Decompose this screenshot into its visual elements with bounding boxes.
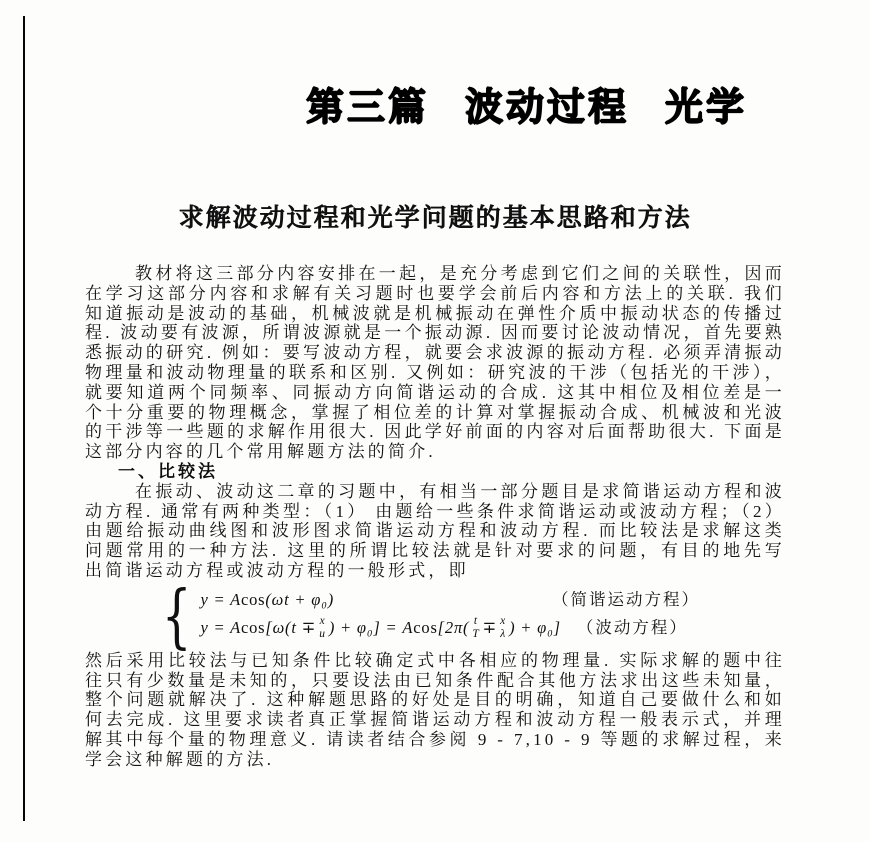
eq2-close: ) + φ₀]: [509, 618, 561, 638]
fraction-x-over-u: xu: [319, 615, 326, 641]
equation-brace: {: [162, 581, 192, 650]
harmonic-equation-label: （简谐运动方程）: [552, 590, 700, 610]
eq2-cos-2: cos: [413, 618, 437, 638]
part-title-topic-waves: 波动过程: [465, 76, 629, 131]
part-title: 第三篇 波动过程 光学: [306, 76, 747, 131]
section-title: 求解波动过程和光学问题的基本思路和方法: [85, 198, 785, 234]
part-title-topic-optics: 光学: [665, 76, 747, 131]
intro-paragraph: 教材将这三部分内容安排在一起，是充分考虑到它们之间的关联性，因而在学习这部分内容…: [85, 264, 785, 462]
equation-rows: y = Acos(ωt + φ₀) （简谐运动方程） y = Acos[ω(t …: [200, 590, 785, 641]
part-title-number: 第三篇: [306, 76, 429, 131]
fraction-t-over-T: tT: [472, 615, 479, 641]
eq2-mid: ) + φ₀] = A: [329, 618, 413, 638]
scanned-textbook-page: 第三篇 波动过程 光学 求解波动过程和光学问题的基本思路和方法 教材将这三部分内…: [0, 0, 870, 842]
eq2-minus-plus: ∓: [483, 618, 498, 638]
harmonic-motion-equation: y = Acos(ωt + φ₀) （简谐运动方程）: [200, 590, 785, 610]
eq2-arg2-open: [2π(: [438, 618, 470, 638]
body-text-block: 教材将这三部分内容安排在一起，是充分考虑到它们之间的关联性，因而在学习这部分内容…: [85, 264, 785, 770]
fraction-x-over-lambda-denominator: λ: [500, 628, 506, 641]
fraction-x-over-lambda: xλ: [500, 615, 506, 641]
eq2-cos-1: cos: [241, 618, 265, 638]
eq1-lhs: y = A: [200, 590, 241, 610]
fraction-x-over-lambda-numerator: x: [500, 615, 506, 628]
eq1-cos: cos: [241, 590, 265, 610]
fraction-x-over-u-numerator: x: [320, 615, 326, 628]
fraction-t-over-T-denominator: T: [472, 628, 479, 641]
wave-equation: y = Acos[ω(t ∓ xu) + φ₀] = Acos[2π(tT ∓ …: [200, 615, 785, 641]
fraction-t-over-T-numerator: t: [474, 615, 478, 628]
eq2-lhs: y = A: [200, 618, 241, 638]
wave-equation-label: （波动方程）: [577, 618, 688, 638]
page-edge-scan-line: [23, 16, 25, 821]
closing-paragraph: 然后采用比较法与已知条件比较确定式中各相应的物理量. 实际求解的题中往往只有少数…: [85, 651, 785, 770]
method-heading: 一、比较法: [85, 462, 785, 482]
eq1-argument: (ωt + φ₀): [265, 590, 334, 610]
equation-block: { y = Acos(ωt + φ₀) （简谐运动方程） y = Acos[ω(…: [157, 585, 785, 647]
method-paragraph: 在振动、波动这二章的习题中，有相当一部分题目是求简谐运动方程和波动方程. 通常有…: [85, 482, 785, 581]
eq2-arg-open: [ω(t ∓: [265, 618, 316, 638]
fraction-x-over-u-denominator: u: [319, 628, 326, 641]
